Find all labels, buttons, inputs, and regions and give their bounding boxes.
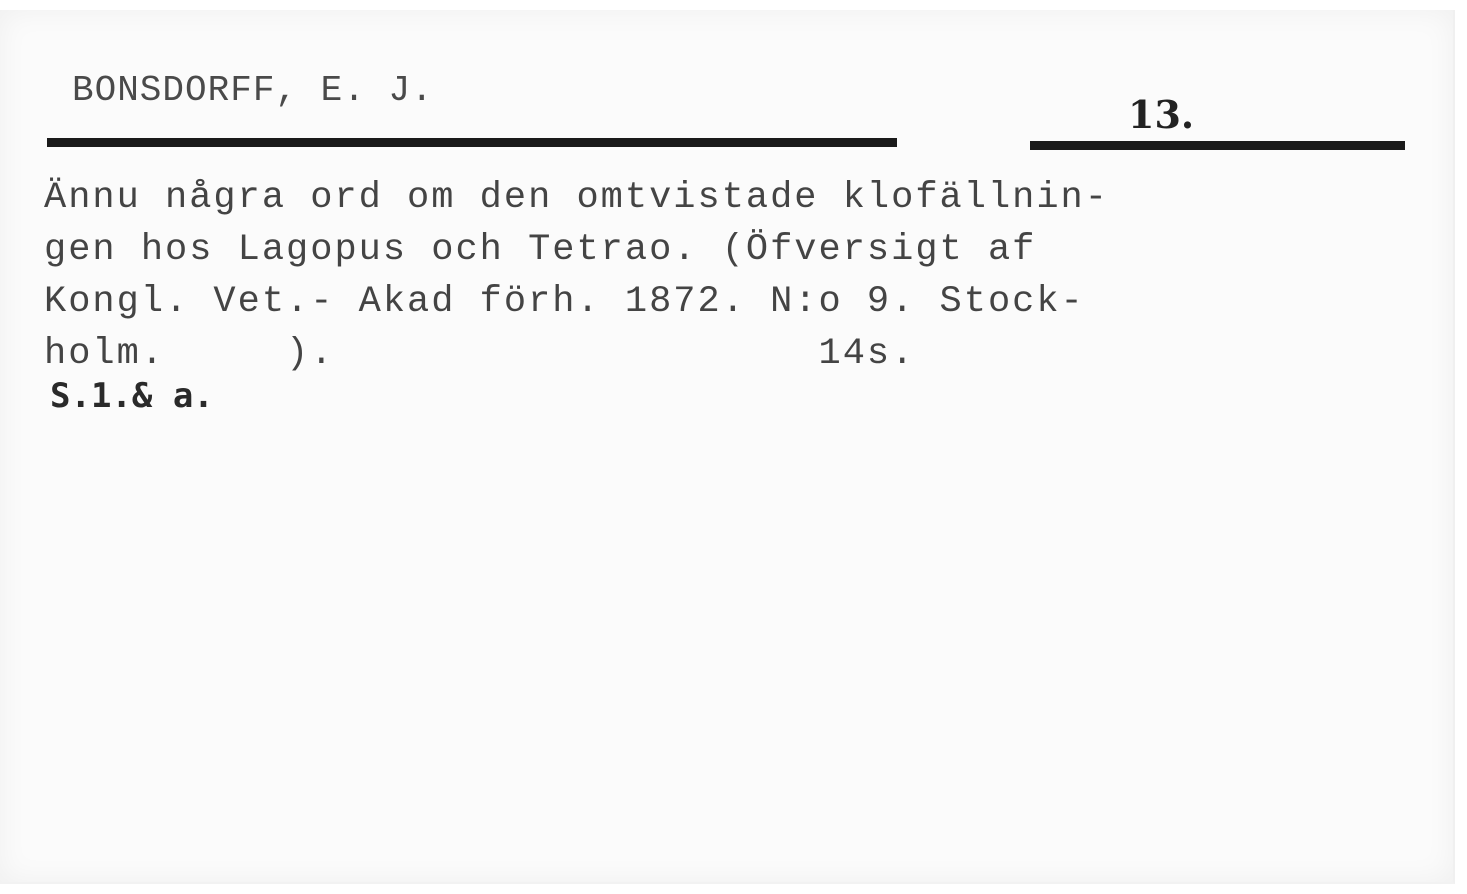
- author-heading: BONSDORFF, E. J.: [72, 70, 434, 111]
- call-number-underline: [1030, 141, 1405, 150]
- call-number: 13.: [1128, 92, 1194, 137]
- title-description: Ännu några ord om den omtvistade klofäll…: [44, 172, 1109, 380]
- author-underline: [47, 138, 897, 147]
- description-line: gen hos Lagopus och Tetrao. (Öfversigt a…: [44, 224, 1109, 276]
- imprint-note: S.1.& a.: [50, 376, 214, 416]
- catalog-card: BONSDORFF, E. J. 13. Ännu några ord om d…: [0, 10, 1455, 884]
- description-line: Kongl. Vet.- Akad förh. 1872. N:o 9. Sto…: [44, 276, 1109, 328]
- description-line: Ännu några ord om den omtvistade klofäll…: [44, 172, 1109, 224]
- description-line: holm. ). 14s.: [44, 328, 1109, 380]
